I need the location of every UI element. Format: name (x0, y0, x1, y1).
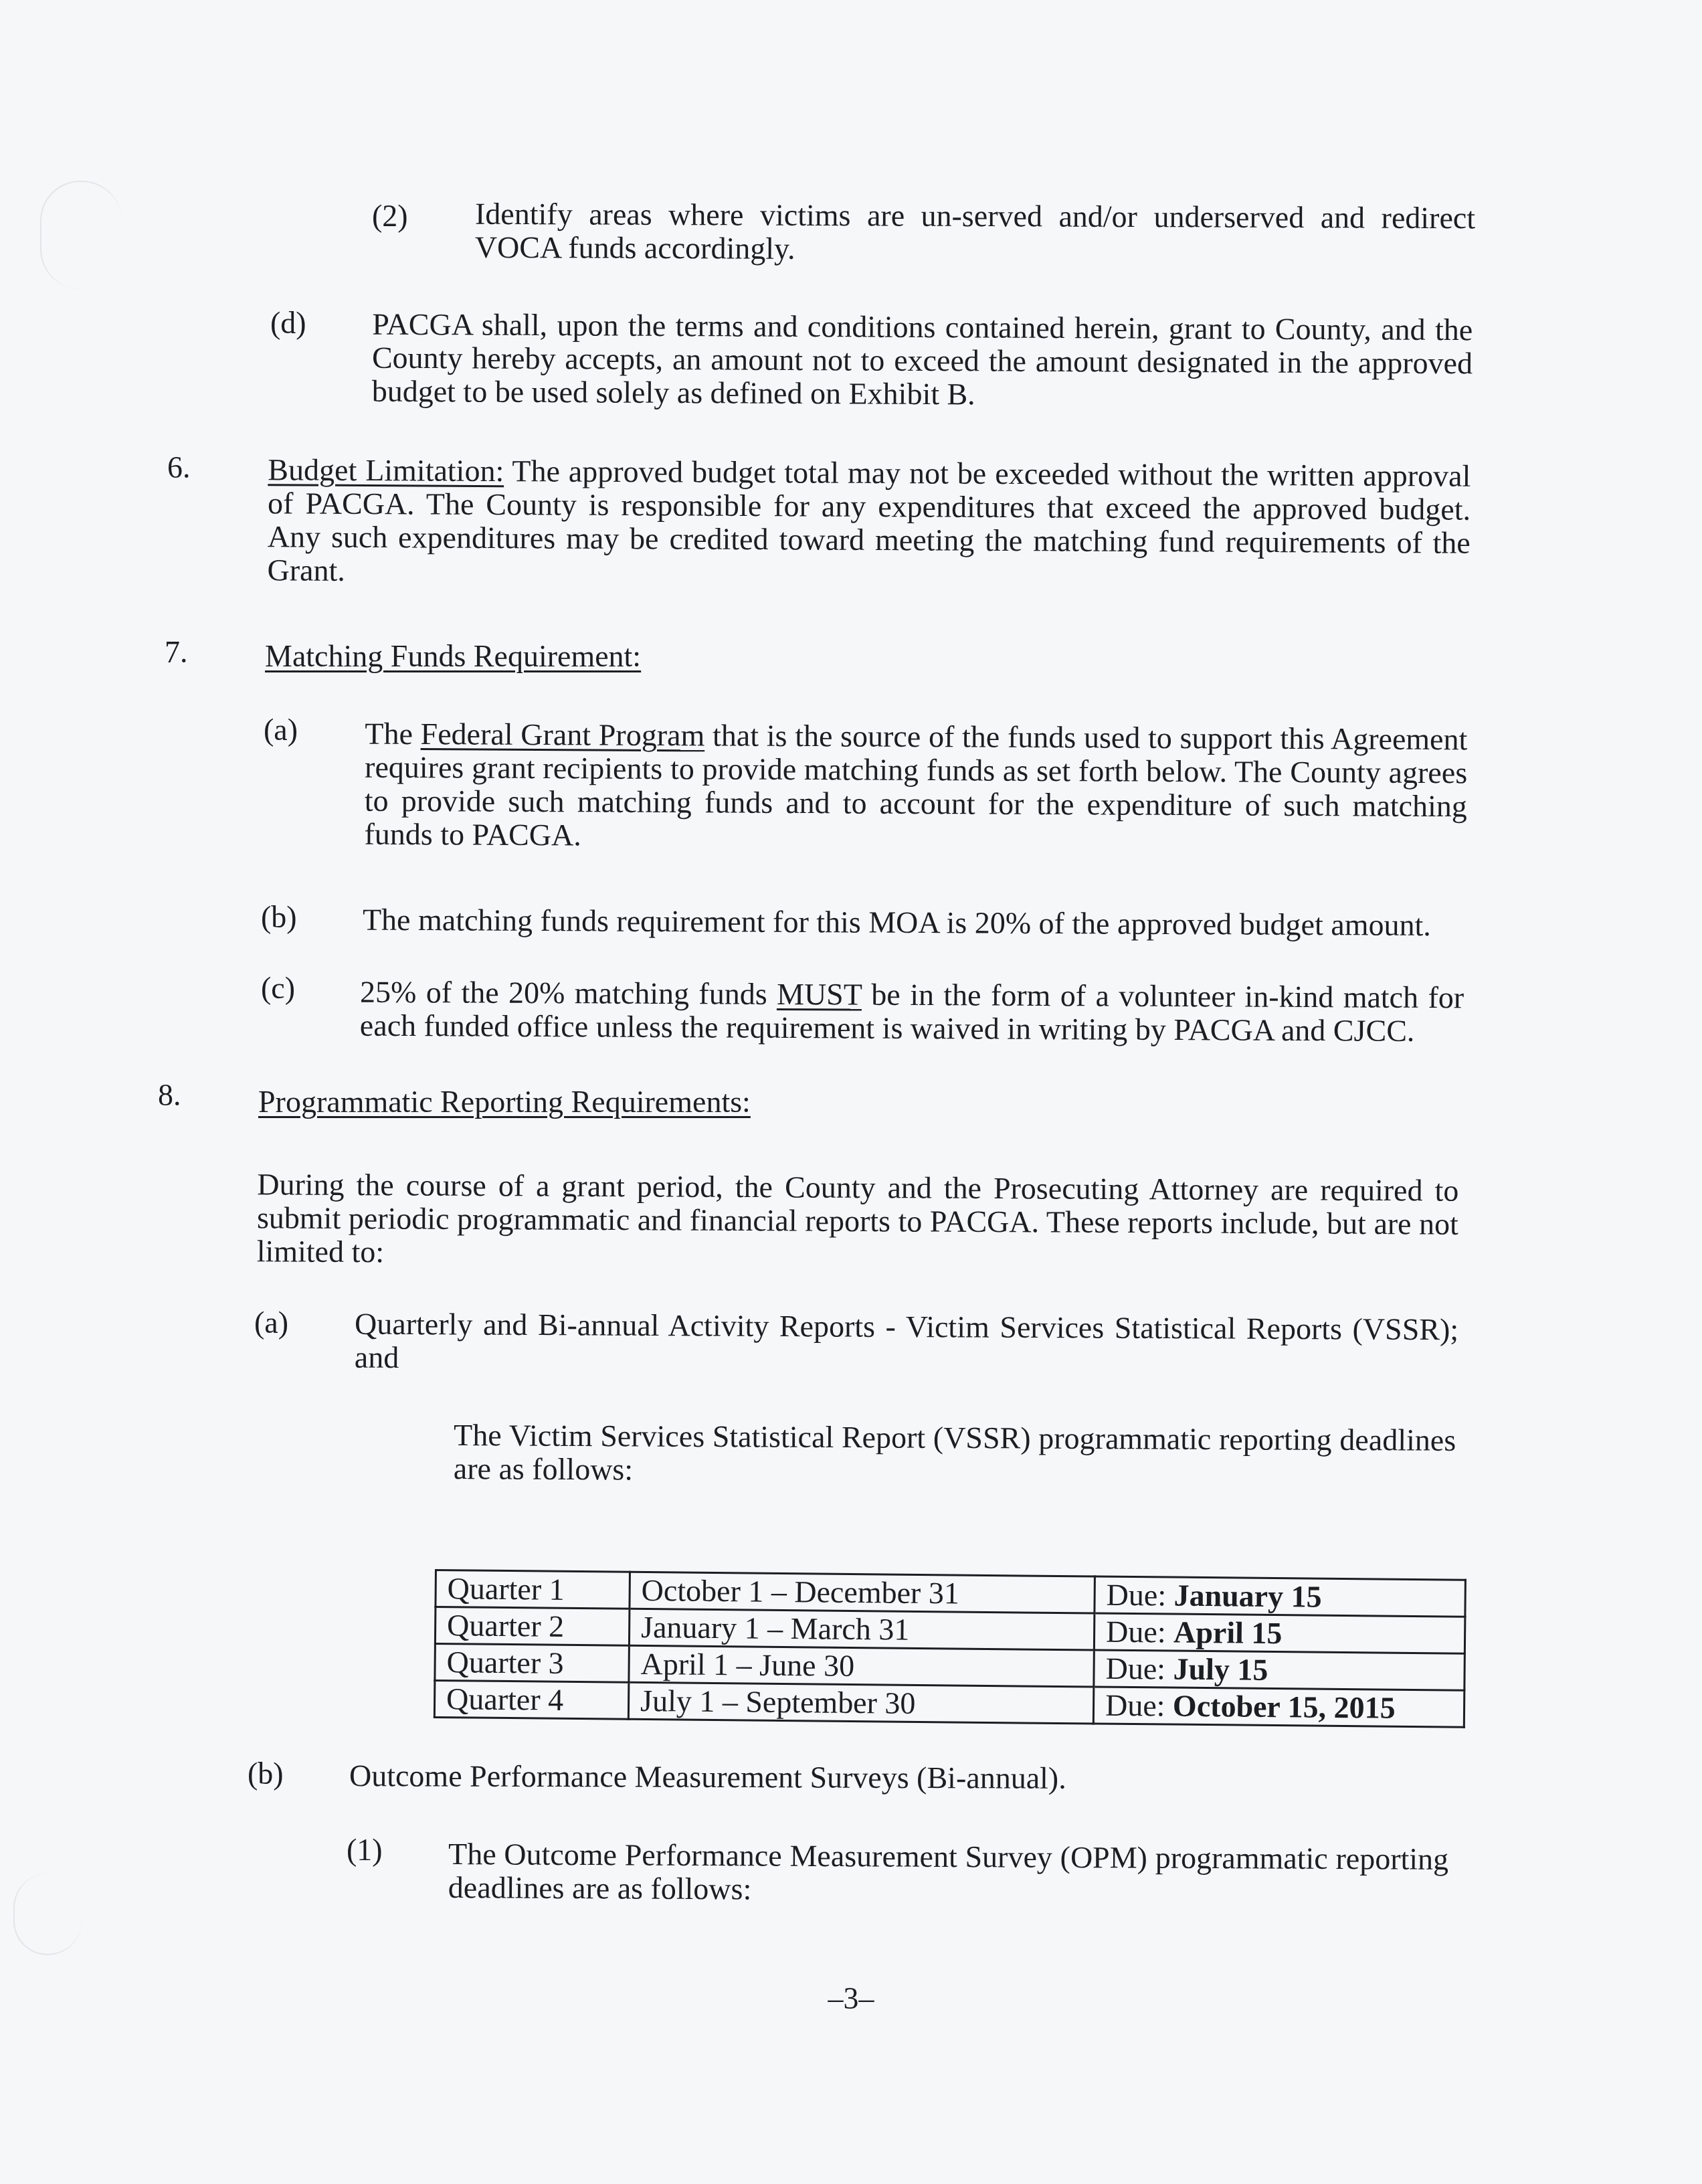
due-date: April 15 (1173, 1615, 1283, 1651)
item-number: (1) (347, 1833, 383, 1867)
item-number: (b) (261, 901, 297, 934)
paragraph-c2: Identify areas where victims are un-serv… (475, 197, 1475, 269)
item-number: (c) (261, 972, 295, 1005)
paragraph-8b: Outcome Performance Measurement Surveys … (349, 1759, 1473, 1797)
paragraph-7a: The Federal Grant Program that is the so… (364, 717, 1467, 857)
paragraph-7c: 25% of the 20% matching funds MUST be in… (360, 976, 1464, 1049)
page-number: –3– (0, 1981, 1702, 2016)
section-number: 7. (165, 636, 188, 669)
vssr-deadlines-table: Quarter 1October 1 – December 31Due: Jan… (434, 1569, 1467, 1728)
paragraph-d: PACGA shall, upon the terms and conditio… (372, 308, 1473, 414)
quarter-cell: Quarter 4 (434, 1681, 629, 1720)
due-date: July 15 (1173, 1652, 1268, 1687)
due-date: January 15 (1173, 1578, 1322, 1614)
section-number: 6. (167, 451, 191, 484)
section-heading: Budget Limitation: (268, 452, 504, 488)
item-number: (d) (270, 306, 306, 340)
section-budget-limitation: Budget Limitation: The approved budget t… (267, 453, 1471, 593)
period-cell: January 1 – March 31 (629, 1609, 1094, 1650)
item-number: (a) (254, 1306, 288, 1340)
must-emphasis: MUST (777, 977, 862, 1012)
period-cell: April 1 – June 30 (629, 1645, 1094, 1687)
paragraph-8-intro: During the course of a grant period, the… (257, 1168, 1459, 1274)
scan-edge-mark (13, 1874, 82, 1955)
section-heading-wrapper: Matching Funds Requirement: (265, 640, 641, 673)
due-date: October 15, 2015 (1173, 1689, 1396, 1725)
section-number: 8. (158, 1079, 181, 1112)
scan-edge-mark (40, 181, 122, 289)
due-cell: Due: October 15, 2015 (1093, 1687, 1464, 1727)
due-cell: Due: April 15 (1094, 1613, 1465, 1653)
paragraph-8b1: The Outcome Performance Measurement Surv… (448, 1837, 1449, 1910)
document-page: (2) Identify areas where victims are un-… (0, 0, 1702, 2184)
federal-grant-program-term: Federal Grant Program (421, 717, 705, 752)
quarter-cell: Quarter 1 (436, 1570, 630, 1609)
period-cell: July 1 – September 30 (628, 1682, 1093, 1724)
item-number: (a) (264, 713, 298, 747)
quarter-cell: Quarter 3 (435, 1644, 630, 1683)
period-cell: October 1 – December 31 (630, 1572, 1095, 1613)
item-number: (2) (372, 199, 408, 233)
section-heading: Programmatic Reporting Requirements: (258, 1085, 751, 1119)
due-cell: Due: July 15 (1094, 1650, 1465, 1690)
due-cell: Due: January 15 (1095, 1576, 1466, 1617)
quarter-cell: Quarter 2 (435, 1607, 630, 1646)
section-heading: Matching Funds Requirement: (265, 639, 641, 673)
item-number: (b) (248, 1757, 284, 1791)
paragraph-vssr-intro: The Victim Services Statistical Report (… (454, 1419, 1456, 1491)
paragraph-8a: Quarterly and Bi-annual Activity Reports… (355, 1307, 1459, 1380)
section-heading-wrapper: Programmatic Reporting Requirements: (258, 1085, 751, 1119)
paragraph-7b: The matching funds requirement for this … (363, 903, 1473, 943)
